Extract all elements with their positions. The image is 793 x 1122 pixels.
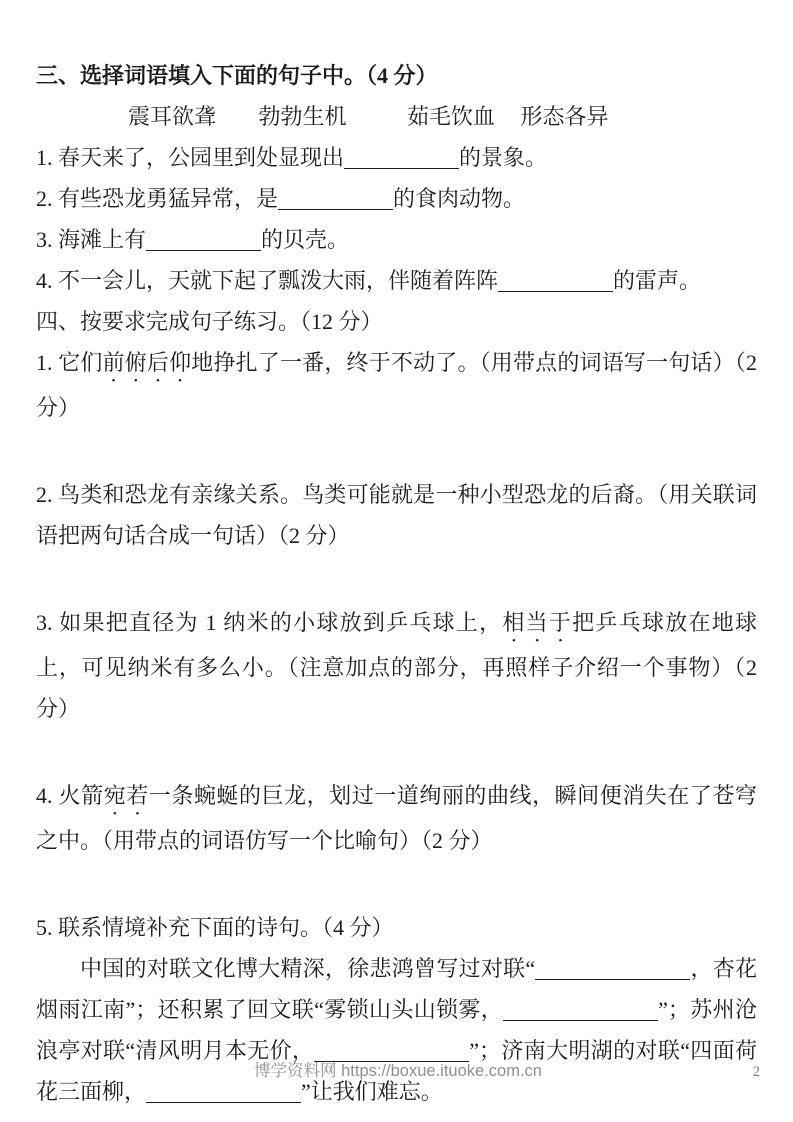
word-bank: 震耳欲聋 勃勃生机 茹毛饮血 形态各异 <box>36 96 757 137</box>
answer-blank <box>344 142 459 169</box>
exam-page: 三、选择词语填入下面的句子中。（4 分） 震耳欲聋 勃勃生机 茹毛饮血 形态各异… <box>0 0 793 1122</box>
question-line: 2. 有些恐龙勇猛异常，是的食肉动物。 <box>36 178 757 219</box>
exercise-item: 1. 它们前俯后仰地挣扎了一番，终于不动了。（用带点的词语写一句话）（2 分） <box>36 342 757 428</box>
question-text: 4. 不一会儿，天就下起了瓢泼大雨，伴随着阵阵 <box>36 268 498 293</box>
question-text: 的食肉动物。 <box>393 186 525 211</box>
answer-blank <box>314 1035 469 1062</box>
emphasized-text: 相当于 <box>502 610 572 635</box>
page-number: 2 <box>753 1061 760 1083</box>
word-bank-item: 形态各异 <box>521 104 609 129</box>
page-footer: 博学资料网 https://boxue.ituoke.com.cn 2 <box>36 1060 760 1090</box>
answer-blank <box>278 183 393 210</box>
question-text: 4. 火箭 <box>36 783 104 808</box>
exercise-item: 3. 如果把直径为 1 纳米的小球放到乒乓球上，相当于把乒乓球放在地球上，可见纳… <box>36 602 757 729</box>
answer-blank <box>535 953 690 980</box>
question-text: 的雷声。 <box>613 268 701 293</box>
question-text: 的贝壳。 <box>261 227 349 252</box>
word-bank-item: 震耳欲聋 <box>128 104 216 129</box>
emphasized-text: 宛若 <box>104 783 149 808</box>
section-four: 四、按要求完成句子练习。（12 分） 1. 它们前俯后仰地挣扎了一番，终于不动了… <box>36 301 757 1112</box>
question-line: 1. 春天来了，公园里到处显现出的景象。 <box>36 137 757 178</box>
emphasized-text: 前俯后仰 <box>103 350 192 375</box>
answer-blank <box>503 994 658 1021</box>
question-text: 2. 鸟类和恐龙有亲缘关系。鸟类可能就是一种小型恐龙的后裔。（用关联词语把两句话… <box>36 482 757 548</box>
exercise-item-title: 5. 联系情境补充下面的诗句。（4 分） <box>36 907 757 948</box>
exercise-item: 4. 火箭宛若一条蜿蜒的巨龙，划过一道绚丽的曲线，瞬间便消失在了苍穹之中。（用带… <box>36 775 757 861</box>
word-bank-item: 茹毛饮血 <box>407 104 495 129</box>
question-text: 3. 如果把直径为 1 纳米的小球放到乒乓球上， <box>36 610 502 635</box>
couplet-text: 中国的对联文化博大精深，徐悲鸿曾写过对联“ <box>80 956 535 981</box>
word-bank-item: 勃勃生机 <box>259 104 347 129</box>
section-four-title: 四、按要求完成句子练习。（12 分） <box>36 301 757 342</box>
question-text: 2. 有些恐龙勇猛异常，是 <box>36 186 278 211</box>
exercise-item: 2. 鸟类和恐龙有亲缘关系。鸟类可能就是一种小型恐龙的后裔。（用关联词语把两句话… <box>36 474 757 556</box>
question-text: 的景象。 <box>459 145 547 170</box>
footer-site-text: 博学资料网 https://boxue.ituoke.com.cn <box>36 1060 760 1082</box>
answer-blank <box>498 265 613 292</box>
answer-blank <box>146 224 261 251</box>
question-line: 4. 不一会儿，天就下起了瓢泼大雨，伴随着阵阵的雷声。 <box>36 260 757 301</box>
question-line: 3. 海滩上有的贝壳。 <box>36 219 757 260</box>
question-text: 1. 它们 <box>36 350 103 375</box>
question-text: 3. 海滩上有 <box>36 227 146 252</box>
section-three-title: 三、选择词语填入下面的句子中。（4 分） <box>36 55 757 96</box>
question-text: 1. 春天来了，公园里到处显现出 <box>36 145 344 170</box>
section-three: 三、选择词语填入下面的句子中。（4 分） 震耳欲聋 勃勃生机 茹毛饮血 形态各异… <box>36 55 757 301</box>
